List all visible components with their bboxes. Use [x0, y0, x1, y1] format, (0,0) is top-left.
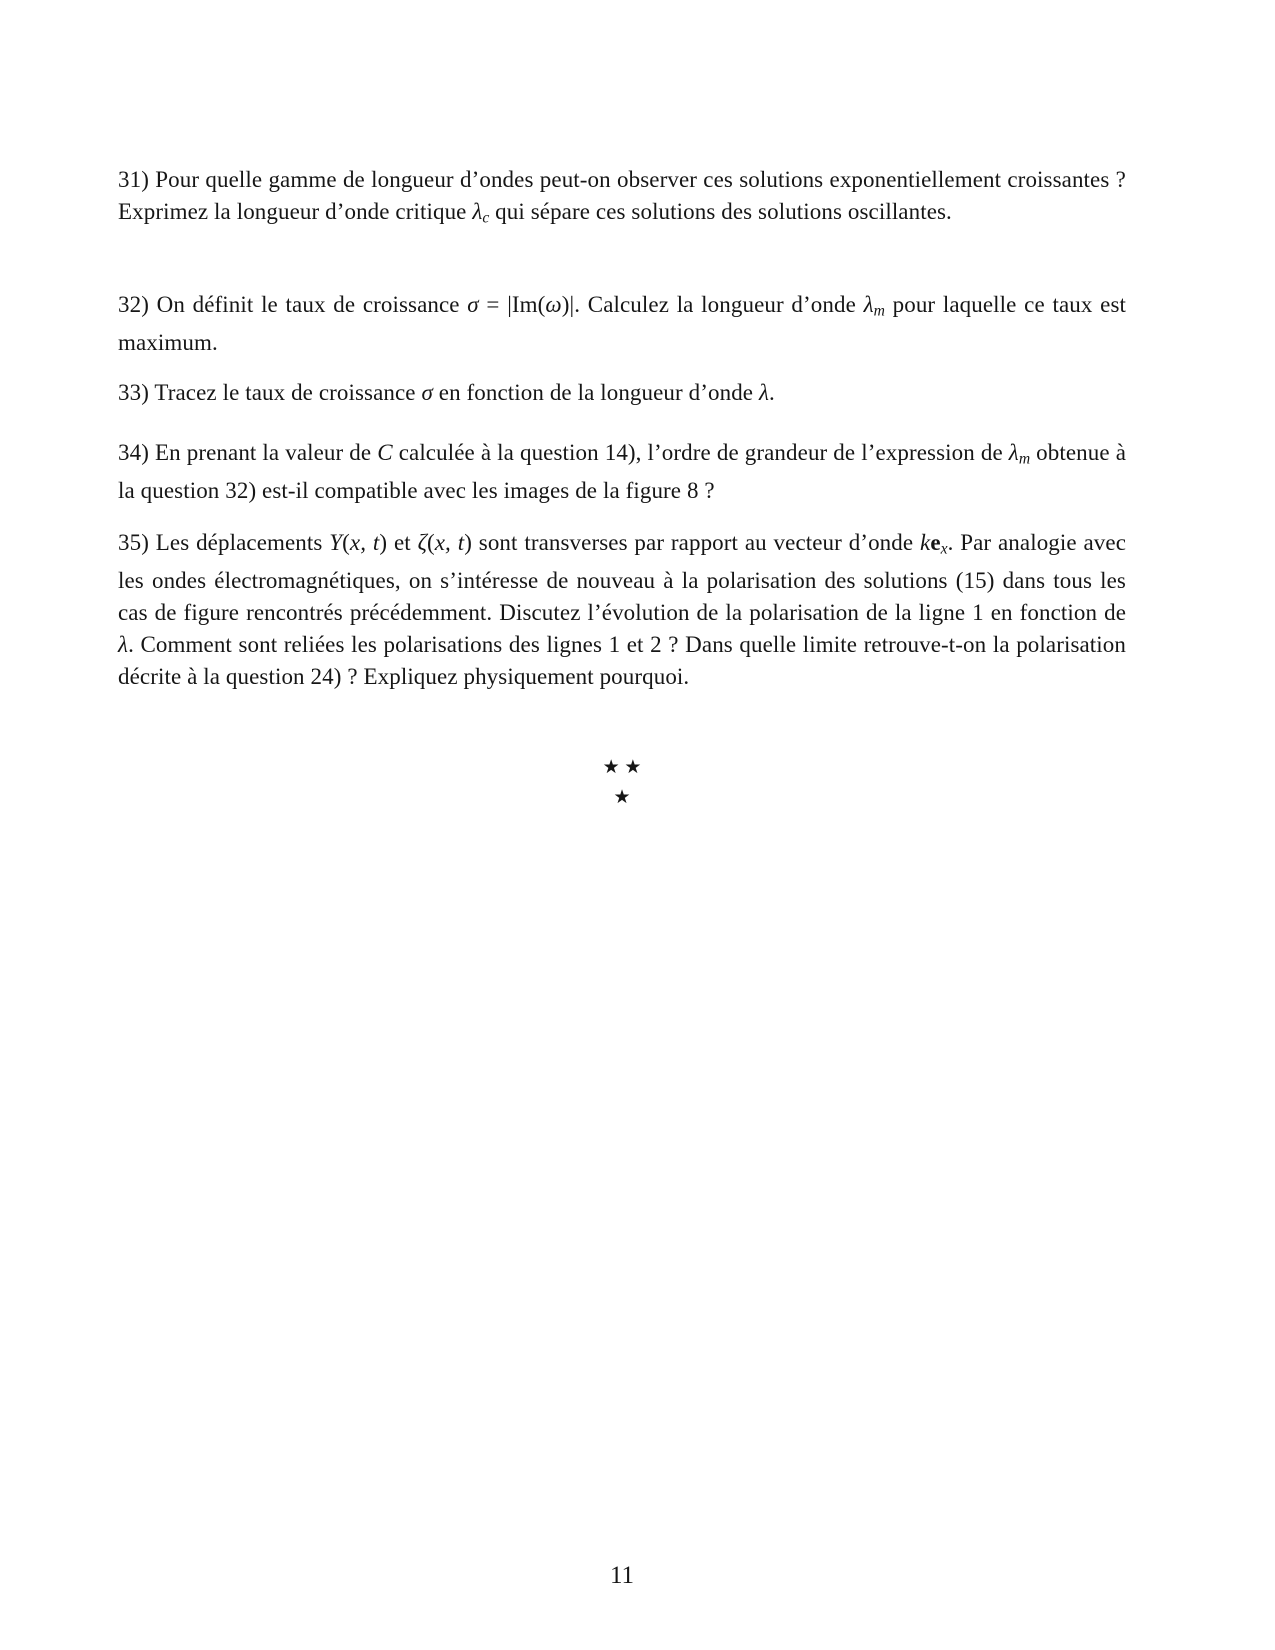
- page-number: 11: [118, 1561, 1126, 1591]
- question-31: 31) Pour quelle gamme de longueur d’onde…: [118, 164, 1126, 234]
- stars-separator: ★ ★ ★: [118, 753, 1126, 813]
- document-page: 31) Pour quelle gamme de longueur d’onde…: [0, 0, 1275, 1650]
- star-icon-row-bottom: ★: [118, 783, 1126, 813]
- question-35: 35) Les déplacements Y(x, t) et ζ(x, t) …: [118, 527, 1126, 693]
- star-icon-row-top: ★ ★: [118, 753, 1126, 783]
- question-34: 34) En prenant la valeur de C calculée à…: [118, 437, 1126, 507]
- question-32: 32) On définit le taux de croissance σ =…: [118, 289, 1126, 359]
- question-33: 33) Tracez le taux de croissance σ en fo…: [118, 377, 1126, 409]
